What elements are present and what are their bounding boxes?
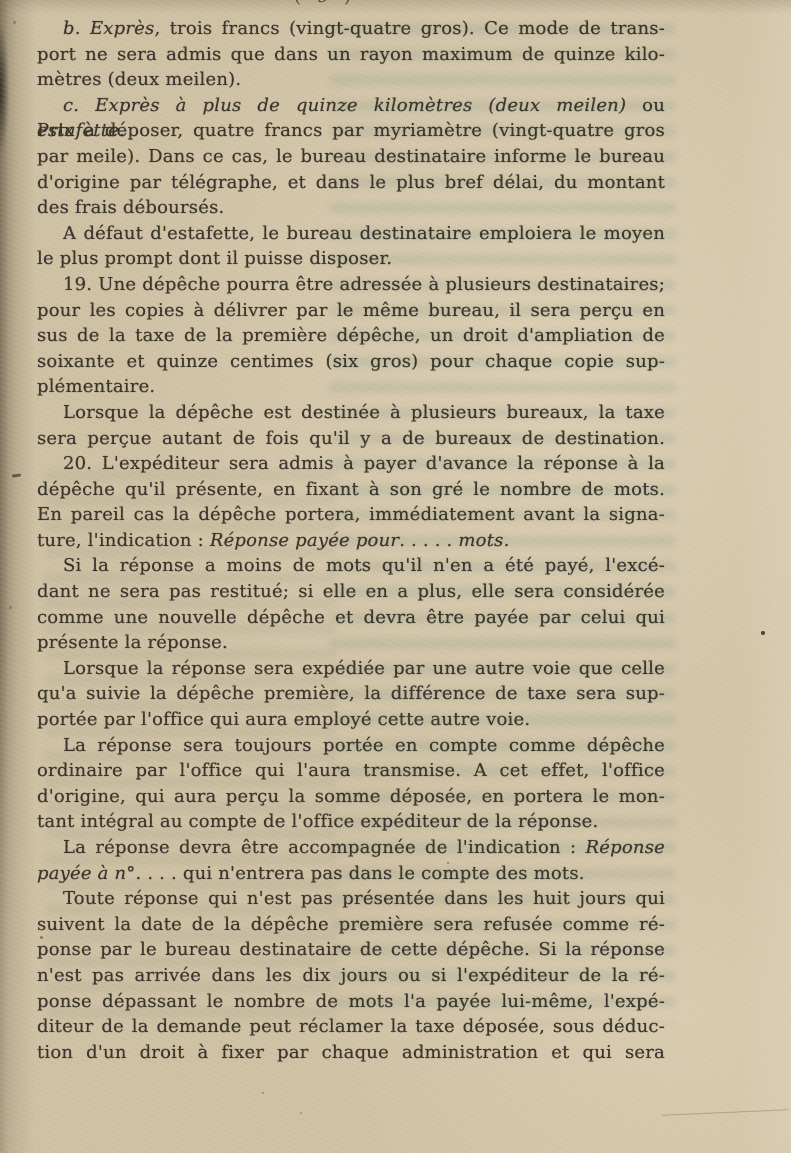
scanned-page: ( 9 ) b. Exprès, trois francs (vingt-qua… — [0, 0, 791, 1153]
text-run: comme une nouvelle dépêche et devra être… — [37, 607, 665, 628]
text-run: sera perçue autant de fois qu'il y a de … — [37, 428, 665, 449]
text-run: Si la réponse a moins de mots qu'il n'en… — [63, 555, 665, 576]
text-run: pour les copies à délivrer par le même b… — [37, 300, 665, 321]
text-line: d'origine, qui aura perçu la somme dépos… — [37, 784, 665, 810]
text-run: portée par l'office qui aura employé cet… — [37, 709, 530, 730]
text-run: des frais déboursés. — [37, 197, 224, 218]
text-line: payée à n°. . . . qui n'entrera pas dans… — [37, 861, 665, 887]
text-line: tion d'un droit à fixer par chaque admin… — [37, 1040, 665, 1066]
text-run: soixante et quinze centimes (six gros) p… — [37, 351, 665, 372]
text-line: ponse dépassant le nombre de mots l'a pa… — [37, 989, 665, 1015]
paper-speck — [761, 631, 765, 635]
text-run: Lorsque la dépêche est destinée à plusie… — [63, 402, 665, 423]
text-run: tion d'un droit à fixer par chaque admin… — [37, 1042, 665, 1063]
text-line: sus de la taxe de la première dépêche, u… — [37, 323, 665, 349]
text-line: ture, l'indication : Réponse payée pour.… — [37, 528, 665, 554]
text-line: La réponse devra être accompagnée de l'i… — [37, 835, 665, 861]
text-block: b. Exprès, trois francs (vingt-quatre gr… — [37, 16, 665, 1065]
text-line: La réponse sera toujours portée en compt… — [37, 733, 665, 759]
text-line: 19. Une dépêche pourra être adressée à p… — [37, 272, 665, 298]
text-run: , trois francs (vingt-quatre gros). Ce m… — [154, 18, 665, 39]
text-line: En pareil cas la dépêche portera, immédi… — [37, 502, 665, 528]
text-run: 19. Une dépêche pourra être adressée à p… — [63, 274, 665, 295]
text-run: ordinaire par l'office qui l'aura transm… — [37, 760, 665, 781]
text-line: suivent la date de la dépêche première s… — [37, 912, 665, 938]
italic-run: mots. — [458, 530, 509, 551]
text-line: A défaut d'estafette, le bureau destinat… — [37, 221, 665, 247]
text-line: des frais déboursés. — [37, 195, 665, 221]
text-line: c. Exprès à plus de quinze kilomètres (d… — [37, 93, 665, 119]
text-run: Lorsque la réponse sera expédiée par une… — [63, 658, 665, 679]
text-run: ponse par le bureau destinataire de cett… — [37, 939, 665, 960]
paper-speck — [9, 606, 12, 609]
text-line: le plus prompt dont il puisse disposer. — [37, 246, 665, 272]
text-line: dépêche qu'il présente, en fixant à son … — [37, 477, 665, 503]
text-run: mètres (deux meilen). — [37, 69, 241, 90]
text-line: diteur de la demande peut réclamer la ta… — [37, 1014, 665, 1040]
text-line: 20. L'expéditeur sera admis à payer d'av… — [37, 451, 665, 477]
text-line: ponse par le bureau destinataire de cett… — [37, 937, 665, 963]
text-run: ou — [626, 95, 665, 116]
text-line: pour les copies à délivrer par le même b… — [37, 298, 665, 324]
text-line: plémentaire. — [37, 374, 665, 400]
text-run: Prix à déposer, quatre francs par myriam… — [37, 120, 665, 141]
paper-speck — [13, 21, 16, 24]
italic-run: Réponse payée pour — [210, 530, 399, 551]
text-line: b. Exprès, trois francs (vingt-quatre gr… — [37, 16, 665, 42]
italic-run: payée à n° — [37, 863, 136, 884]
text-run: En pareil cas la dépêche portera, immédi… — [37, 504, 665, 525]
italic-run: b. Exprès — [63, 18, 154, 39]
text-line: d'origine par télégraphe, et dans le plu… — [37, 170, 665, 196]
text-line: Lorsque la dépêche est destinée à plusie… — [37, 400, 665, 426]
text-line: dant ne sera pas restitué; si elle en a … — [37, 579, 665, 605]
text-line: sera perçue autant de fois qu'il y a de … — [37, 426, 665, 452]
text-run: suivent la date de la dépêche première s… — [37, 914, 665, 935]
text-run: ture, l'indication : — [37, 530, 210, 551]
text-line: Si la réponse a moins de mots qu'il n'en… — [37, 553, 665, 579]
paper-speck — [300, 1112, 302, 1114]
text-line: tant intégral au compte de l'office expé… — [37, 809, 665, 835]
text-line: Lorsque la réponse sera expédiée par une… — [37, 656, 665, 682]
text-run: . . . . qui n'entrera pas dans le compte… — [136, 863, 585, 884]
text-run: le plus prompt dont il puisse disposer. — [37, 248, 392, 269]
text-run: sus de la taxe de la première dépêche, u… — [37, 325, 665, 346]
text-line: par meile). Dans ce cas, le bureau desti… — [37, 144, 665, 170]
text-run: 20. L'expéditeur sera admis à payer d'av… — [63, 453, 665, 474]
text-run: qu'a suivie la dépêche première, la diff… — [37, 683, 665, 704]
text-run: par meile). Dans ce cas, le bureau desti… — [37, 146, 665, 167]
scratch-mark — [662, 1109, 788, 1115]
text-line: ordinaire par l'office qui l'aura transm… — [37, 758, 665, 784]
text-run: A défaut d'estafette, le bureau destinat… — [63, 223, 665, 244]
text-line: qu'a suivie la dépêche première, la diff… — [37, 681, 665, 707]
text-run: dant ne sera pas restitué; si elle en a … — [37, 581, 665, 602]
text-line: Prix à déposer, quatre francs par myriam… — [37, 118, 665, 144]
paper-speck — [262, 1092, 264, 1094]
gutter-shadow — [0, 0, 36, 1153]
page-number-fragment: ( 9 ) — [294, 0, 356, 8]
text-run: dépêche qu'il présente, en fixant à son … — [37, 479, 665, 500]
text-run: La réponse sera toujours portée en compt… — [63, 735, 665, 756]
text-run: ponse dépassant le nombre de mots l'a pa… — [37, 991, 665, 1012]
text-run: . . . . . — [399, 530, 458, 551]
text-line: présente la réponse. — [37, 630, 665, 656]
text-run: tant intégral au compte de l'office expé… — [37, 811, 598, 832]
text-run: port ne sera admis que dans un rayon max… — [37, 44, 665, 65]
text-run: n'est pas arrivée dans les dix jours ou … — [37, 965, 665, 986]
text-line: soixante et quinze centimes (six gros) p… — [37, 349, 665, 375]
text-run: La réponse devra être accompagnée de l'i… — [63, 837, 586, 858]
text-line: portée par l'office qui aura employé cet… — [37, 707, 665, 733]
text-run: d'origine, qui aura perçu la somme dépos… — [37, 786, 665, 807]
text-run: plémentaire. — [37, 376, 155, 397]
text-line: comme une nouvelle dépêche et devra être… — [37, 605, 665, 631]
text-line: Toute réponse qui n'est pas présentée da… — [37, 886, 665, 912]
text-run: présente la réponse. — [37, 632, 228, 653]
gutter-dark-blob — [0, 24, 9, 156]
margin-dash — [12, 473, 21, 477]
text-line: mètres (deux meilen). — [37, 67, 665, 93]
italic-run: c. Exprès à plus de quinze kilomètres (d… — [63, 95, 626, 116]
text-run: Toute réponse qui n'est pas présentée da… — [63, 888, 665, 909]
italic-run: Réponse — [586, 837, 665, 858]
text-run: diteur de la demande peut réclamer la ta… — [37, 1016, 665, 1037]
text-line: port ne sera admis que dans un rayon max… — [37, 42, 665, 68]
text-run: d'origine par télégraphe, et dans le plu… — [37, 172, 665, 193]
text-line: n'est pas arrivée dans les dix jours ou … — [37, 963, 665, 989]
